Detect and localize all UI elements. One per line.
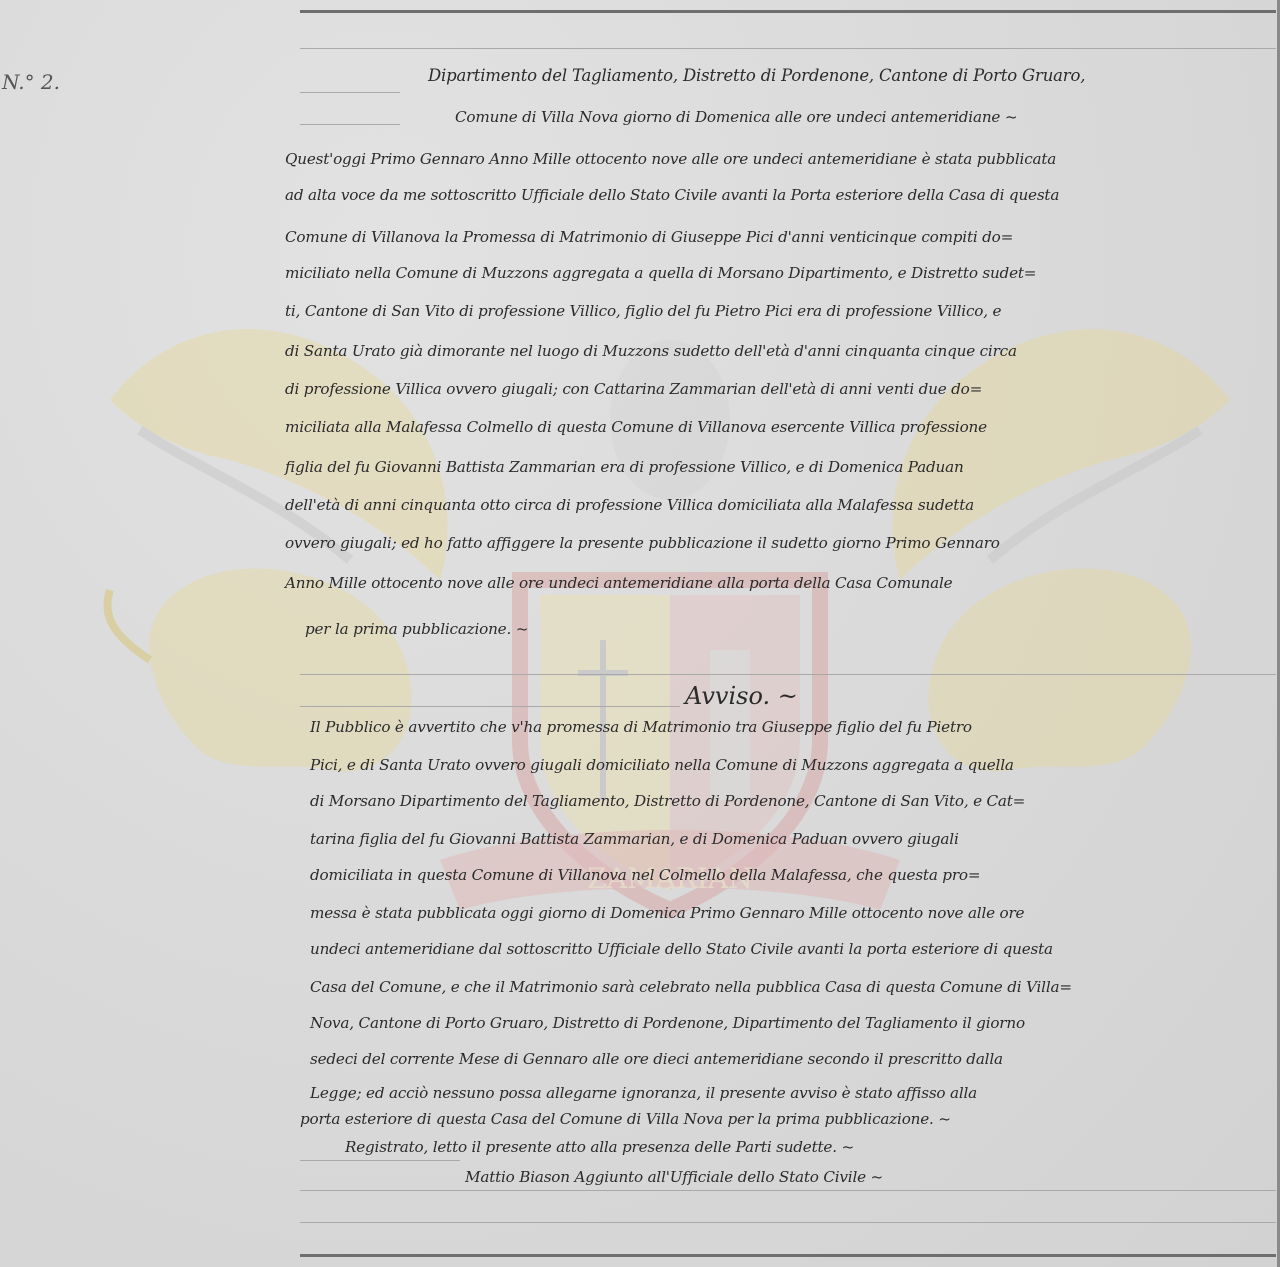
rule xyxy=(300,92,400,93)
avviso-line: di Morsano Dipartimento del Tagliamento,… xyxy=(310,792,1025,810)
avviso-line: Casa del Comune, e che il Matrimonio sar… xyxy=(310,978,1072,996)
avviso-line: tarina figlia del fu Giovanni Battista Z… xyxy=(310,830,959,848)
act-line: di Santa Urato già dimorante nel luogo d… xyxy=(285,342,1017,360)
top-border-rule xyxy=(300,10,1276,13)
act-line: Anno Mille ottocento nove alle ore undec… xyxy=(285,574,952,592)
avviso-line: undeci antemeridiane dal sottoscritto Uf… xyxy=(310,940,1053,958)
header-line-1: Dipartimento del Tagliamento, Distretto … xyxy=(428,66,1085,85)
rule xyxy=(300,1222,1276,1223)
header-line-2: Comune di Villa Nova giorno di Domenica … xyxy=(455,108,1017,126)
act-line: miciliato nella Comune di Muzzons aggreg… xyxy=(285,264,1036,282)
rule xyxy=(300,1190,1276,1191)
avviso-line: porta esteriore di questa Casa del Comun… xyxy=(300,1110,951,1128)
rule xyxy=(300,674,1276,675)
act-line: Comune di Villanova la Promessa di Matri… xyxy=(285,228,1013,246)
act-line: ti, Cantone di San Vito di professione V… xyxy=(285,302,1001,320)
page-number: N.° 2. xyxy=(2,70,60,94)
act-line: di professione Villica ovvero giugali; c… xyxy=(285,380,982,398)
avviso-line: Nova, Cantone di Porto Gruaro, Distretto… xyxy=(310,1014,1025,1032)
act-line: dell'età di anni cinquanta otto circa di… xyxy=(285,496,974,514)
act-line: Quest'oggi Primo Gennaro Anno Mille otto… xyxy=(285,150,1056,168)
avviso-title: Avviso. ~ xyxy=(685,682,798,710)
signature-line: Mattio Biason Aggiunto all'Ufficiale del… xyxy=(465,1168,883,1186)
registration-note: Registrato, letto il presente atto alla … xyxy=(345,1138,854,1156)
avviso-line: Pici, e di Santa Urato ovvero giugali do… xyxy=(310,756,1014,774)
rule xyxy=(300,48,1276,49)
act-line: miciliata alla Malafessa Colmello di que… xyxy=(285,418,987,436)
act-line: ad alta voce da me sottoscritto Ufficial… xyxy=(285,186,1059,204)
act-line: figlia del fu Giovanni Battista Zammaria… xyxy=(285,458,964,476)
act-line: ovvero giugali; ed ho fatto affiggere la… xyxy=(285,534,1000,552)
act-line: per la prima pubblicazione. ~ xyxy=(305,620,528,638)
rule xyxy=(300,1160,460,1161)
rule xyxy=(300,124,400,125)
avviso-line: domiciliata in questa Comune di Villanov… xyxy=(310,866,980,884)
avviso-line: sedeci del corrente Mese di Gennaro alle… xyxy=(310,1050,1003,1068)
bottom-border-rule xyxy=(300,1254,1276,1257)
avviso-line: Legge; ed acciò nessuno possa allegarne … xyxy=(310,1084,977,1102)
document-page: ZAMARIAN N.° 2. Dipartimento del Tagliam… xyxy=(0,0,1280,1267)
avviso-line: messa è stata pubblicata oggi giorno di … xyxy=(310,904,1024,922)
rule xyxy=(300,706,680,707)
avviso-line: Il Pubblico è avvertito che v'ha promess… xyxy=(310,718,972,736)
